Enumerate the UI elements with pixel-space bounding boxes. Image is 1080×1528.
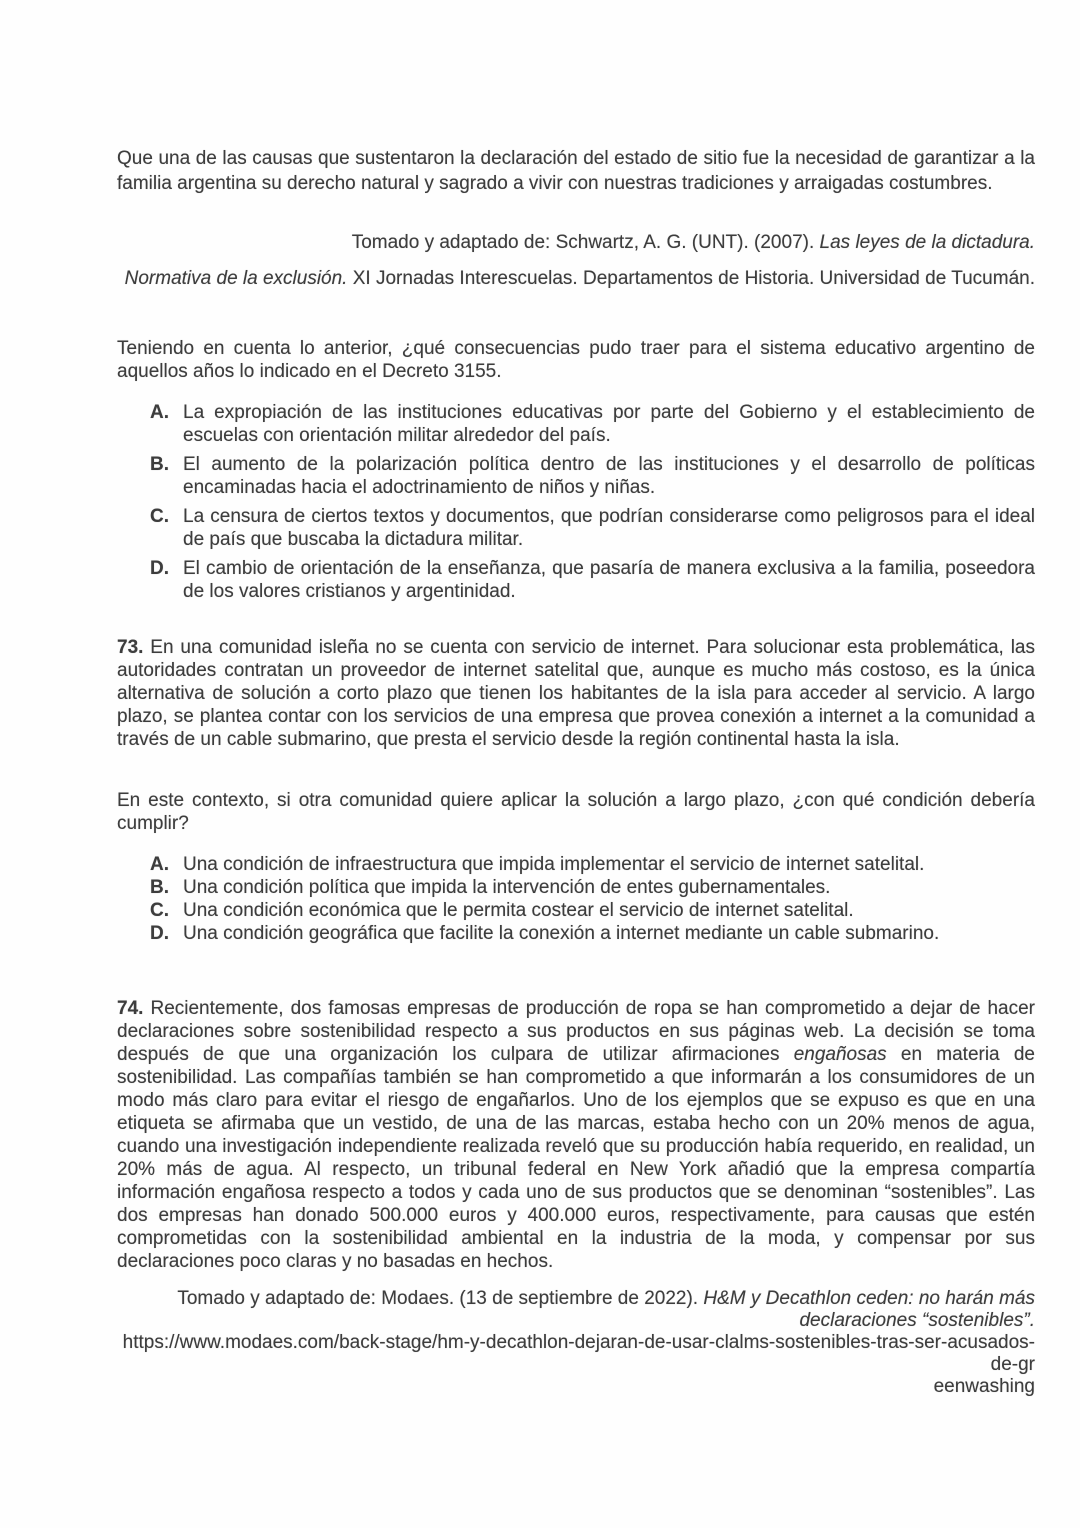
- option-letter: C.: [150, 899, 169, 922]
- option-row-73-c: C. Una condición económica que le permit…: [117, 899, 1035, 922]
- question-72-stem-text: Teniendo en cuenta lo anterior, ¿qué con…: [117, 338, 1035, 382]
- option-text: Una condición de infraestructura que imp…: [183, 854, 924, 875]
- citation-1-title-italic: Las leyes de la dictadura.: [820, 232, 1035, 253]
- source-url-line2: eenwashing: [934, 1376, 1035, 1397]
- option-text: Una condición geográfica que facilite la…: [183, 923, 939, 944]
- option-text: El aumento de la polarización política d…: [183, 454, 1035, 498]
- source-citation-1-line1: Tomado y adaptado de: Schwartz, A. G. (U…: [117, 231, 1035, 254]
- option-text: La censura de ciertos textos y documento…: [183, 506, 1035, 550]
- question-72-stem: Teniendo en cuenta lo anterior, ¿qué con…: [117, 337, 1035, 383]
- option-row-73-b: B. Una condición política que impida la …: [117, 876, 1035, 899]
- source-url-line1: https://www.modaes.com/back-stage/hm-y-d…: [123, 1332, 1035, 1375]
- option-text: Una condición económica que le permita c…: [183, 900, 854, 921]
- source-citation-1-line2: Normativa de la exclusión. XI Jornadas I…: [117, 267, 1035, 290]
- question-73-number: 73.: [117, 637, 143, 658]
- option-letter: A.: [150, 853, 169, 876]
- question-74-body-italic: engañosas: [794, 1044, 887, 1065]
- question-73-body-text: En una comunidad isleña no se cuenta con…: [117, 637, 1035, 750]
- option-row-72-d: D. El cambio de orientación de la enseña…: [117, 557, 1035, 603]
- option-row-73-a: A. Una condición de infraestructura que …: [117, 853, 1035, 876]
- citation-2-title-italic: H&M y Decathlon ceden: no harán más decl…: [703, 1288, 1035, 1331]
- option-text: Una condición política que impida la int…: [183, 877, 830, 898]
- source-citation-2: Tomado y adaptado de: Modaes. (13 de sep…: [117, 1288, 1035, 1398]
- question-74-body: 74. Recientemente, dos famosas empresas …: [117, 997, 1035, 1273]
- question-73-prompt: En este contexto, si otra comunidad quie…: [117, 789, 1035, 835]
- citation-2-regular: Tomado y adaptado de: Modaes. (13 de sep…: [177, 1288, 703, 1309]
- question-72-options: A. La expropiación de las instituciones …: [117, 401, 1035, 609]
- option-letter: A.: [150, 401, 169, 424]
- option-text: El cambio de orientación de la enseñanza…: [183, 558, 1035, 602]
- question-73-body: 73. En una comunidad isleña no se cuenta…: [117, 636, 1035, 751]
- option-text: La expropiación de las instituciones edu…: [183, 402, 1035, 446]
- question-74-number: 74.: [117, 998, 143, 1019]
- option-letter: D.: [150, 922, 169, 945]
- intro-quote-text: Que una de las causas que sustentaron la…: [117, 148, 1035, 194]
- citation-1-rest: XI Jornadas Interescuelas. Departamentos…: [347, 268, 1035, 289]
- citation-1-regular: Tomado y adaptado de: Schwartz, A. G. (U…: [352, 232, 820, 253]
- option-letter: D.: [150, 557, 169, 580]
- question-73-options: A. Una condición de infraestructura que …: [117, 853, 1035, 945]
- source-url: https://www.modaes.com/back-stage/hm-y-d…: [117, 1332, 1035, 1398]
- document-page: Que una de las causas que sustentaron la…: [0, 0, 1080, 1528]
- citation-1-subtitle-italic: Normativa de la exclusión.: [125, 268, 348, 289]
- option-row-72-a: A. La expropiación de las instituciones …: [117, 401, 1035, 447]
- option-row-72-b: B. El aumento de la polarización polític…: [117, 453, 1035, 499]
- question-73-prompt-text: En este contexto, si otra comunidad quie…: [117, 790, 1035, 834]
- question-74-body-part2: en materia de sostenibilidad. Las compañ…: [117, 1044, 1035, 1272]
- option-letter: B.: [150, 876, 169, 899]
- option-letter: C.: [150, 505, 169, 528]
- option-row-72-c: C. La censura de ciertos textos y docume…: [117, 505, 1035, 551]
- option-letter: B.: [150, 453, 169, 476]
- option-row-73-d: D. Una condición geográfica que facilite…: [117, 922, 1035, 945]
- intro-quote-paragraph: Que una de las causas que sustentaron la…: [117, 146, 1035, 196]
